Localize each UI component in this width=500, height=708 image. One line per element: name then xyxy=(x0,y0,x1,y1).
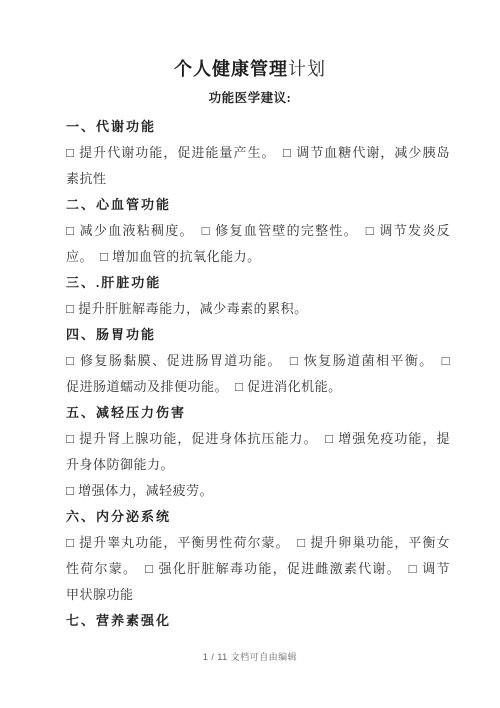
section-heading: 五、减轻压力伤害 xyxy=(66,400,450,426)
page-footer: 1 / 11 文档可自由编辑 xyxy=(0,651,500,663)
section-2-cardiovascular: 二、心血管功能 □ 减少血液粘稠度。 □ 修复血管壁的完整性。 □ 调节发炎反 … xyxy=(66,192,450,270)
checklist-line: □ 减少血液粘稠度。 □ 修复血管壁的完整性。 □ 调节发炎反 xyxy=(66,218,450,244)
checklist-line: □ 增强体力，减轻疲劳。 xyxy=(66,478,450,504)
page-subtitle: 功能医学建议: xyxy=(0,90,500,106)
section-6-endocrine: 六、内分泌系统 □ 提升睾丸功能，平衡男性荷尔蒙。 □ 提升卵巢功能，平衡女 性… xyxy=(66,504,450,608)
page-title-tail: 计划 xyxy=(288,59,326,79)
checklist-line: □ 提升肾上腺功能，促进身体抗压能力。 □ 增强免疫功能，提 xyxy=(66,426,450,452)
section-heading: 七、营养素强化 xyxy=(66,608,450,634)
section-heading: 三、.肝脏功能 xyxy=(66,270,450,296)
checklist-line: 应。 □ 增加血管的抗氧化能力。 xyxy=(66,244,450,270)
checklist-line: □ 修复肠黏膜、促进肠胃道功能。 □ 恢复肠道菌相平衡。 □ xyxy=(66,348,450,374)
page-title: 个人健康管理计划 xyxy=(0,0,500,80)
section-heading: 二、心血管功能 xyxy=(66,192,450,218)
checklist-line: 素抗性 xyxy=(66,166,450,192)
checklist-line: □ 提升代谢功能，促进能量产生。 □ 调节血糖代谢，减少胰岛 xyxy=(66,140,450,166)
checklist-line: 性荷尔蒙。 □ 强化肝脏解毒功能，促进雌激素代谢。 □ 调节 xyxy=(66,556,450,582)
document-body: 一、代谢功能 □ 提升代谢功能，促进能量产生。 □ 调节血糖代谢，减少胰岛 素抗… xyxy=(0,114,500,634)
checklist-line: 升身体防御能力。 xyxy=(66,452,450,478)
document-page: 个人健康管理计划 功能医学建议: 一、代谢功能 □ 提升代谢功能，促进能量产生。… xyxy=(0,0,500,708)
section-7-nutrients: 七、营养素强化 xyxy=(66,608,450,634)
section-heading: 六、内分泌系统 xyxy=(66,504,450,530)
checklist-line: 甲状腺功能 xyxy=(66,582,450,608)
checklist-line: □ 提升肝脏解毒能力，减少毒素的累积。 xyxy=(66,296,450,322)
section-heading: 一、代谢功能 xyxy=(66,114,450,140)
checklist-line: □ 提升睾丸功能，平衡男性荷尔蒙。 □ 提升卵巢功能，平衡女 xyxy=(66,530,450,556)
section-5-stress: 五、减轻压力伤害 □ 提升肾上腺功能，促进身体抗压能力。 □ 增强免疫功能，提 … xyxy=(66,400,450,504)
checklist-line: 促进肠道蠕动及排便功能。 □ 促进消化机能。 xyxy=(66,374,450,400)
section-1-metabolism: 一、代谢功能 □ 提升代谢功能，促进能量产生。 □ 调节血糖代谢，减少胰岛 素抗… xyxy=(66,114,450,192)
section-3-liver: 三、.肝脏功能 □ 提升肝脏解毒能力，减少毒素的累积。 xyxy=(66,270,450,322)
page-title-main: 个人健康管理 xyxy=(174,59,288,79)
section-4-gastrointestinal: 四、肠胃功能 □ 修复肠黏膜、促进肠胃道功能。 □ 恢复肠道菌相平衡。 □ 促进… xyxy=(66,322,450,400)
section-heading: 四、肠胃功能 xyxy=(66,322,450,348)
